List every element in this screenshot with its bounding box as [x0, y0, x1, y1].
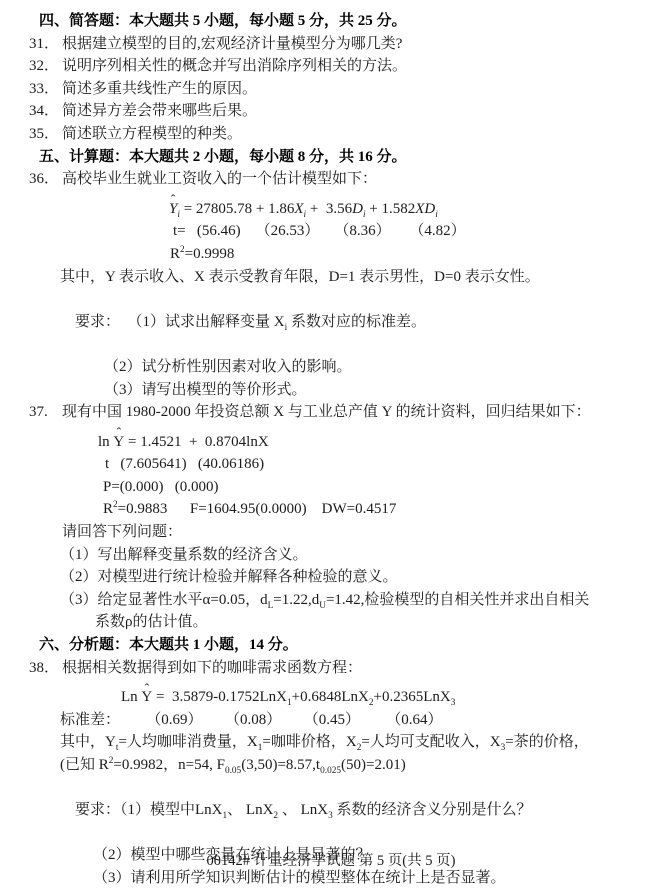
q37-r-squared-row: R2=0.9883 F=1604.95(0.0000) DW=0.4517 [103, 498, 640, 521]
q38-item-1: （1）模型中LnX1、 LnX2 、 LnX3 系数的经济含义分别是什么？ [120, 802, 531, 818]
section-short-answer-heading: 四、简答题：本大题共 5 小题，每小题 5 分，共 25 分。 [29, 10, 640, 33]
question-35: 35． 简述联立方程模型的种类。 [29, 123, 640, 146]
q38-statistics-note: (已知 R2=0.9982，n=54, F0.05(3,50)=8.57,t0.… [60, 754, 640, 777]
require-label: 要求： [75, 314, 128, 330]
q36-variable-note: 其中，Y 表示收入、X 表示受教育年限，D=1 表示男性，D=0 表示女性。 [60, 266, 640, 289]
q38-standard-error-row: 标准差： （0.69） （0.08） （0.45） （0.64） [60, 709, 640, 732]
question-text: 根据相关数据得到如下的咖啡需求函数方程： [62, 657, 640, 680]
question-36-intro: 36． 高校毕业生就业工资收入的一个估计模型如下： [29, 168, 640, 191]
question-number: 38． [29, 657, 62, 680]
q38-variable-note: 其中，Yt=人均咖啡消费量，X1=咖啡价格，X2=人均可支配收入，X3=茶的价格… [60, 731, 640, 754]
q37-regression-formula: ln Y = 1.4521 + 0.8704lnX [98, 424, 640, 454]
question-text: 简述联立方程模型的种类。 [62, 123, 640, 146]
question-number: 35． [29, 123, 62, 146]
question-number: 31． [29, 33, 62, 56]
q38-requirement-line: 要求：（1）模型中LnX1、 LnX2 、 LnX3 系数的经济含义分别是什么？ [60, 777, 640, 845]
q37-item-3-continued: 系数ρ的估计值。 [95, 611, 640, 634]
q37-item-1: （1）写出解释变量系数的经济含义。 [60, 544, 640, 567]
q38-item-3: （3）请利用所学知识判断估计的模型整体在统计上是否显著。 [93, 867, 640, 890]
question-34: 34． 简述异方差会带来哪些后果。 [29, 100, 640, 123]
question-number: 34． [29, 100, 62, 123]
question-text: 根据建立模型的目的,宏观经济计量模型分为哪几类? [62, 33, 640, 56]
q38-demand-function-formula: Ln Y = 3.5879-0.1752LnX1+0.6848LnX2+0.23… [121, 679, 640, 709]
require-label: 要求： [75, 802, 120, 818]
q36-item-2: （2）试分析性别因素对收入的影响。 [104, 356, 640, 379]
question-text: 现有中国 1980-2000 年投资总额 X 与工业总产值 Y 的统计资料，回归… [62, 401, 640, 424]
question-number: 37. [29, 401, 62, 424]
q37-p-values-row: P=(0.000) (0.000) [103, 476, 640, 499]
question-number: 36． [29, 168, 62, 191]
question-37-intro: 37. 现有中国 1980-2000 年投资总额 X 与工业总产值 Y 的统计资… [29, 401, 640, 424]
q36-r-squared-row: R2=0.9998 [170, 243, 640, 266]
question-number: 33． [29, 78, 62, 101]
q36-item-1: （1）试求出解释变量 Xi 系数对应的标准差。 [128, 314, 426, 330]
question-number: 32． [29, 55, 62, 78]
q36-t-statistics-row: t= (56.46) （26.53） （8.36） （4.82） [173, 220, 640, 243]
q36-requirement-line: 要求： （1）试求出解释变量 Xi 系数对应的标准差。 [60, 288, 640, 356]
q36-item-3: （3）请写出模型的等价形式。 [104, 379, 640, 402]
question-text: 说明序列相关性的概念并写出消除序列相关的方法。 [62, 55, 640, 78]
section-analysis-heading: 六、分析题：本大题共 1 小题，14 分。 [29, 634, 640, 657]
question-33: 33． 简述多重共线性产生的原因。 [29, 78, 640, 101]
page-footer: 00142# 计量经济学试题 第 5 页(共 5 页) [0, 849, 662, 870]
q37-prompt: 请回答下列问题： [62, 521, 640, 544]
q37-item-3: （3）给定显著性水平α=0.05，dL=1.22,dU=1.42,检验模型的自相… [60, 589, 640, 612]
question-text: 简述异方差会带来哪些后果。 [62, 100, 640, 123]
q36-regression-formula: Yi = 27805.78 + 1.86Xi + 3.56Di + 1.582X… [169, 191, 640, 221]
exam-page: 四、简答题：本大题共 5 小题，每小题 5 分，共 25 分。 31． 根据建立… [0, 0, 662, 892]
question-31: 31． 根据建立模型的目的,宏观经济计量模型分为哪几类? [29, 33, 640, 56]
q37-item-2: （2）对模型进行统计检验并解释各种检验的意义。 [60, 566, 640, 589]
question-32: 32． 说明序列相关性的概念并写出消除序列相关的方法。 [29, 55, 640, 78]
question-text: 高校毕业生就业工资收入的一个估计模型如下： [62, 168, 640, 191]
section-calculation-heading: 五、计算题：本大题共 2 小题，每小题 8 分，共 16 分。 [29, 146, 640, 169]
question-38-intro: 38． 根据相关数据得到如下的咖啡需求函数方程： [29, 657, 640, 680]
question-text: 简述多重共线性产生的原因。 [62, 78, 640, 101]
q37-t-statistics-row: t (7.605641) (40.06186) [105, 453, 640, 476]
